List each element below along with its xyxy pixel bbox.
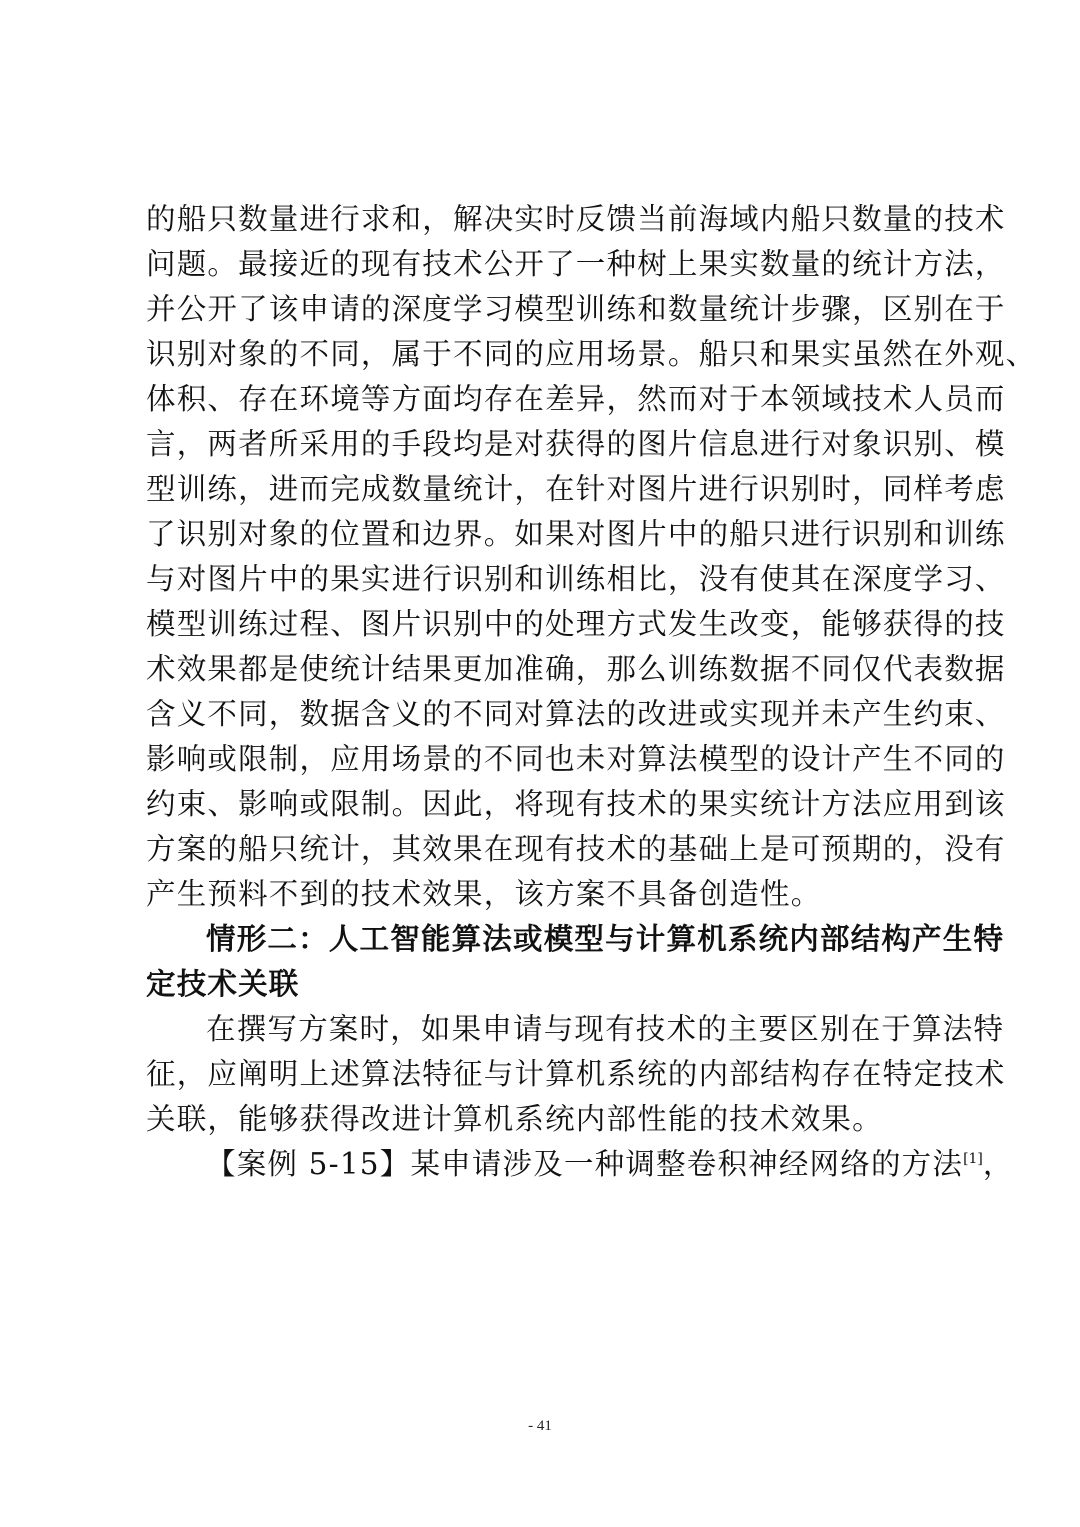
body-line: 了识别对象的位置和边界。如果对图片中的船只进行识别和训练 bbox=[146, 511, 946, 557]
case-text: 【案例 5-15】某申请涉及一种调整卷积神经网络的方法 bbox=[206, 1147, 963, 1181]
body-line: 的船只数量进行求和，解决实时反馈当前海域内船只数量的技术 bbox=[146, 196, 946, 242]
case-trailing: ， bbox=[983, 1147, 1014, 1181]
body-line: 体积、存在环境等方面均存在差异，然而对于本领域技术人员而 bbox=[146, 376, 946, 422]
body-line: 含义不同，数据含义的不同对算法的改进或实现并未产生约束、 bbox=[146, 691, 946, 737]
body-line: 关联，能够获得改进计算机系统内部性能的技术效果。 bbox=[146, 1096, 946, 1142]
body-line: 模型训练过程、图片识别中的处理方式发生改变，能够获得的技 bbox=[146, 601, 946, 647]
body-line: 术效果都是使统计结果更加准确，那么训练数据不同仅代表数据 bbox=[146, 646, 946, 692]
body-line: 在撰写方案时，如果申请与现有技术的主要区别在于算法特 bbox=[206, 1006, 946, 1052]
case-line: 【案例 5-15】某申请涉及一种调整卷积神经网络的方法[1]， bbox=[206, 1141, 946, 1187]
page-number: - 41 bbox=[0, 1418, 1080, 1435]
body-line: 与对图片中的果实进行识别和训练相比，没有使其在深度学习、 bbox=[146, 556, 946, 602]
body-line: 识别对象的不同，属于不同的应用场景。船只和果实虽然在外观、 bbox=[146, 331, 946, 377]
body-line: 约束、影响或限制。因此，将现有技术的果实统计方法应用到该 bbox=[146, 781, 946, 827]
body-line: 方案的船只统计，其效果在现有技术的基础上是可预期的，没有 bbox=[146, 826, 946, 872]
body-line: 产生预料不到的技术效果，该方案不具备创造性。 bbox=[146, 871, 946, 917]
section-heading: 情形二：人工智能算法或模型与计算机系统内部结构产生特 bbox=[206, 916, 946, 962]
body-line: 问题。最接近的现有技术公开了一种树上果实数量的统计方法， bbox=[146, 241, 946, 287]
document-page: 的船只数量进行求和，解决实时反馈当前海域内船只数量的技术 问题。最接近的现有技术… bbox=[0, 0, 1080, 1527]
section-heading: 定技术关联 bbox=[146, 961, 946, 1007]
footnote-ref[interactable]: [1] bbox=[963, 1151, 983, 1167]
body-line: 影响或限制，应用场景的不同也未对算法模型的设计产生不同的 bbox=[146, 736, 946, 782]
body-line: 征，应阐明上述算法特征与计算机系统的内部结构存在特定技术 bbox=[146, 1051, 946, 1097]
body-line: 型训练，进而完成数量统计，在针对图片进行识别时，同样考虑 bbox=[146, 466, 946, 512]
body-line: 言，两者所采用的手段均是对获得的图片信息进行对象识别、模 bbox=[146, 421, 946, 467]
body-line: 并公开了该申请的深度学习模型训练和数量统计步骤，区别在于 bbox=[146, 286, 946, 332]
